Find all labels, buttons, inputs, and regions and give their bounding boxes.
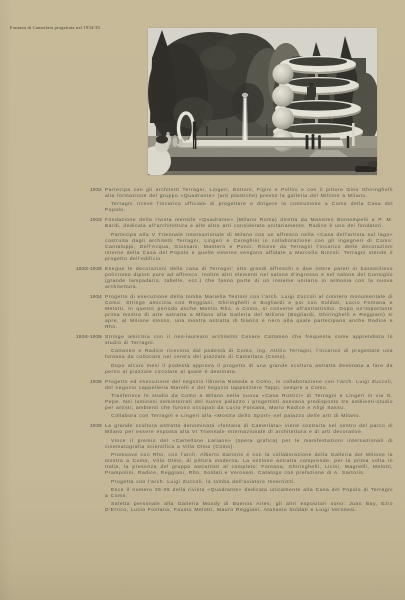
entry-paragraphs: Esegue le decorazioni della casa di Terr…	[105, 267, 393, 291]
timeline-entry-1936: 1936 La grande scultura astratta denomin…	[72, 424, 393, 514]
entry-paragraphs: Fondazione della rivista mensile «Quadra…	[105, 218, 393, 262]
entry-paragraph: La grande scultura astratta denominata «…	[105, 424, 393, 436]
entry-year: 1932	[72, 188, 102, 214]
entry-year: 1934	[72, 295, 102, 331]
entry-paragraph: Partecipa alla V Triennale Internazional…	[105, 233, 393, 263]
entry-paragraph: Partecipa con gli architetti Terragni, L…	[105, 188, 393, 200]
timeline-entry-1934-1935: 1934-1935 Stringe amicizia con il neo-la…	[72, 335, 393, 376]
entry-paragraph: Collabora con Terragni e Lingeri alla «M…	[105, 414, 393, 420]
photo-caption: Fontana di Camerlata progettata nel 1934…	[10, 25, 100, 30]
entry-paragraph: Fondazione della rivista mensile «Quadra…	[105, 218, 393, 230]
entry-paragraph: Progetto di esecuzione della tomba Marie…	[105, 295, 393, 331]
entry-paragraph: Dopo alcuni mesi il podestà approva il p…	[105, 364, 393, 376]
fountain-photo-illustration	[148, 28, 377, 175]
book-page: Fontana di Camerlata progettata nel 1934…	[0, 0, 405, 600]
entry-paragraph: Esegue le decorazioni della casa di Terr…	[105, 267, 393, 291]
entry-year: 1933-1936	[72, 267, 102, 291]
fountain-photo	[148, 28, 377, 175]
entry-paragraph: Saletta personale alla Galleria Moody di…	[105, 502, 393, 514]
entry-year: 1933	[72, 218, 102, 262]
entry-paragraphs: La grande scultura astratta denominata «…	[105, 424, 393, 514]
entry-paragraph: Cattaneo e Radice ricevono dal podestà d…	[105, 349, 393, 361]
entry-paragraphs: Stringe amicizia con il neo-laureato arc…	[105, 335, 393, 376]
entry-paragraphs: Progetto ed esecuzione del negozio libre…	[105, 380, 393, 421]
entry-paragraph: Stringe amicizia con il neo-laureato arc…	[105, 335, 393, 347]
entry-paragraphs: Progetto di esecuzione della tomba Marie…	[105, 295, 393, 331]
timeline-entry-1934: 1934 Progetto di esecuzione della tomba …	[72, 295, 393, 331]
entry-paragraph: Terragni riceve l'incarico ufficiale di …	[105, 202, 393, 214]
entry-paragraph: Promuove con Rho, con l'arch. Alberto Sa…	[105, 453, 393, 477]
timeline-entry-1932: 1932 Partecipa con gli architetti Terrag…	[72, 188, 393, 214]
timeline-entry-1933-1936: 1933-1936 Esegue le decorazioni della ca…	[72, 267, 393, 291]
entry-year: 1935	[72, 380, 102, 421]
biography-timeline: 1932 Partecipa con gli architetti Terrag…	[72, 188, 393, 518]
entry-paragraphs: Partecipa con gli architetti Terragni, L…	[105, 188, 393, 214]
entry-paragraph: Trasferisce lo studio da Como a Milano n…	[105, 394, 393, 412]
entry-paragraph: Vince il premio del «Cartellone Lariano»…	[105, 439, 393, 451]
entry-year: 1936	[72, 424, 102, 514]
entry-year: 1934-1935	[72, 335, 102, 376]
entry-paragraph: Progetto ed esecuzione del negozio libre…	[105, 380, 393, 392]
timeline-entry-1935: 1935 Progetto ed esecuzione del negozio …	[72, 380, 393, 421]
entry-paragraph: Progetta con l'arch. Luigi Zuccoli, la t…	[105, 480, 393, 486]
timeline-entry-1933: 1933 Fondazione della rivista mensile «Q…	[72, 218, 393, 262]
entry-paragraph: Esce il numero 35-36 della rivista «Quad…	[105, 488, 393, 500]
